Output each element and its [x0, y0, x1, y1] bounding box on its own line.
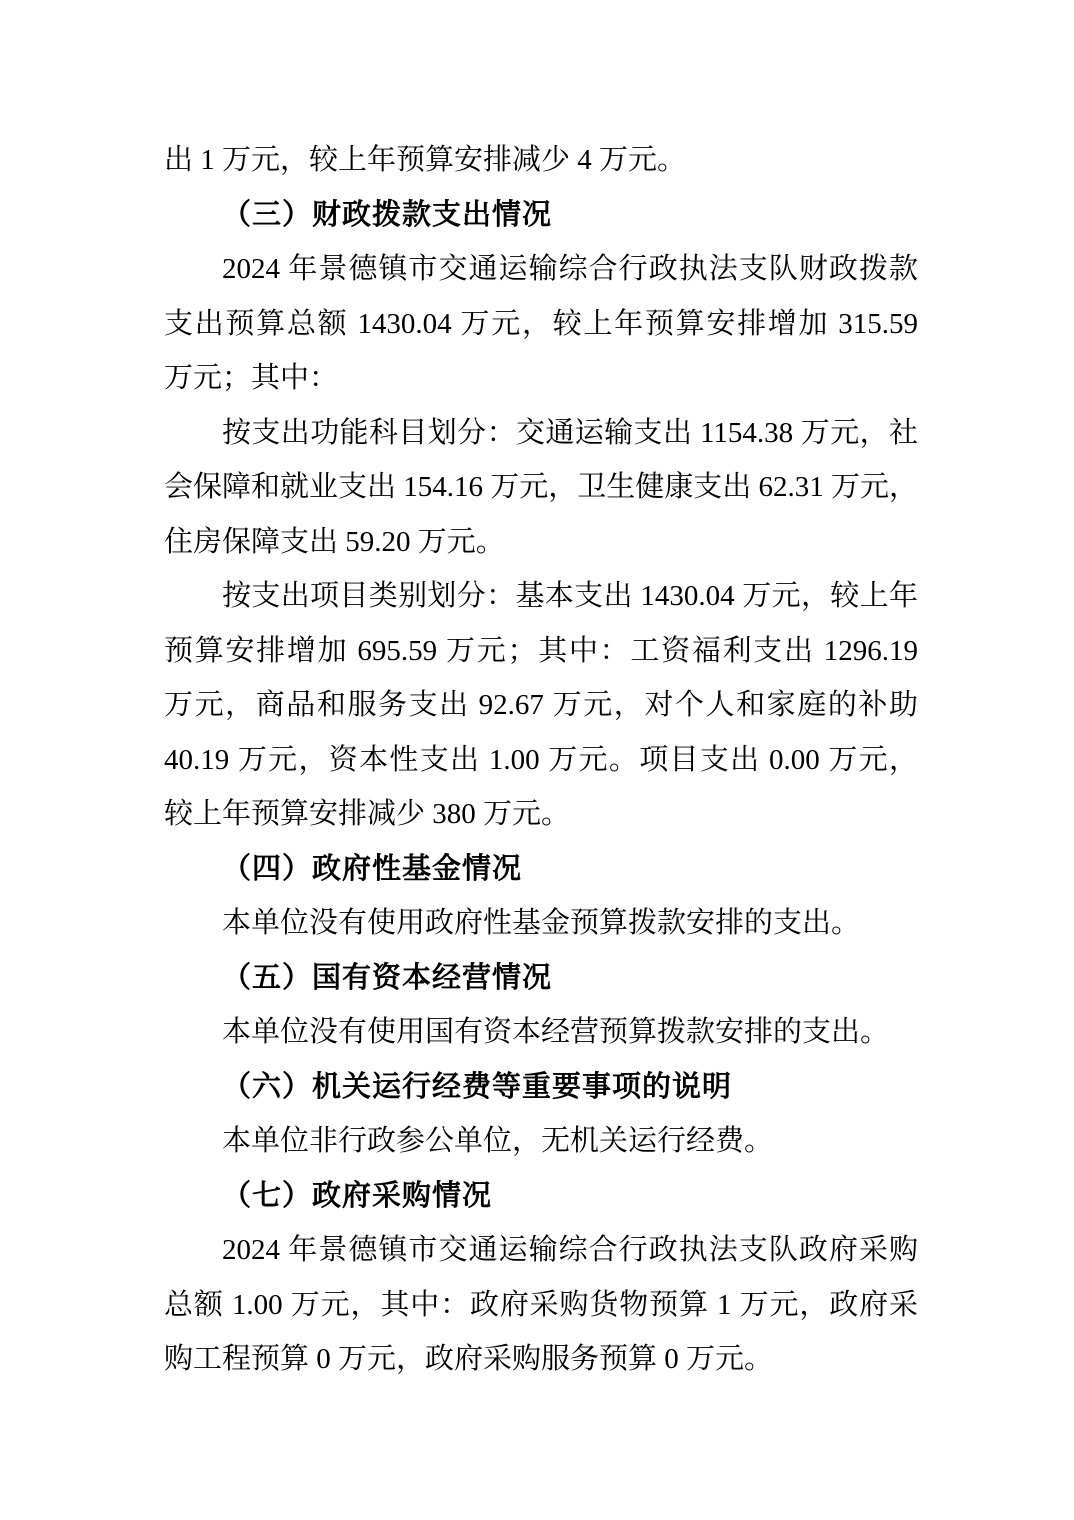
- paragraph-line: 万元，商品和服务支出 92.67 万元，对个人和家庭的补助: [164, 678, 918, 733]
- section-heading-5: （五）国有资本经营情况: [164, 951, 918, 1006]
- paragraph-line: 40.19 万元，资本性支出 1.00 万元。项目支出 0.00 万元，: [164, 733, 918, 788]
- paragraph-line: 会保障和就业支出 154.16 万元，卫生健康支出 62.31 万元，: [164, 460, 918, 515]
- paragraph-line: 总额 1.00 万元，其中：政府采购货物预算 1 万元，政府采: [164, 1278, 918, 1333]
- paragraph-line: 出 1 万元，较上年预算安排减少 4 万元。: [164, 133, 918, 188]
- section-heading-7: （七）政府采购情况: [164, 1169, 918, 1224]
- section-heading-3: （三）财政拨款支出情况: [164, 188, 918, 243]
- paragraph-line: 本单位非行政参公单位，无机关运行经费。: [164, 1114, 918, 1169]
- paragraph-line: 2024 年景德镇市交通运输综合行政执法支队财政拨款: [164, 242, 918, 297]
- paragraph-line: 支出预算总额 1430.04 万元，较上年预算安排增加 315.59: [164, 297, 918, 352]
- document-body: 出 1 万元，较上年预算安排减少 4 万元。 （三）财政拨款支出情况 2024 …: [164, 133, 918, 1387]
- paragraph-line: 住房保障支出 59.20 万元。: [164, 515, 918, 570]
- section-heading-6: （六）机关运行经费等重要事项的说明: [164, 1060, 918, 1115]
- paragraph-line: 本单位没有使用政府性基金预算拨款安排的支出。: [164, 896, 918, 951]
- document-page: 出 1 万元，较上年预算安排减少 4 万元。 （三）财政拨款支出情况 2024 …: [0, 0, 1074, 1520]
- paragraph-line: 购工程预算 0 万元，政府采购服务预算 0 万元。: [164, 1332, 918, 1387]
- paragraph-line: 本单位没有使用国有资本经营预算拨款安排的支出。: [164, 1005, 918, 1060]
- paragraph-line: 2024 年景德镇市交通运输综合行政执法支队政府采购: [164, 1223, 918, 1278]
- paragraph-line: 较上年预算安排减少 380 万元。: [164, 787, 918, 842]
- paragraph-line: 预算安排增加 695.59 万元；其中：工资福利支出 1296.19: [164, 624, 918, 679]
- paragraph-line: 万元；其中：: [164, 351, 918, 406]
- paragraph-line: 按支出功能科目划分：交通运输支出 1154.38 万元，社: [164, 406, 918, 461]
- paragraph-line: 按支出项目类别划分：基本支出 1430.04 万元，较上年: [164, 569, 918, 624]
- section-heading-4: （四）政府性基金情况: [164, 842, 918, 897]
